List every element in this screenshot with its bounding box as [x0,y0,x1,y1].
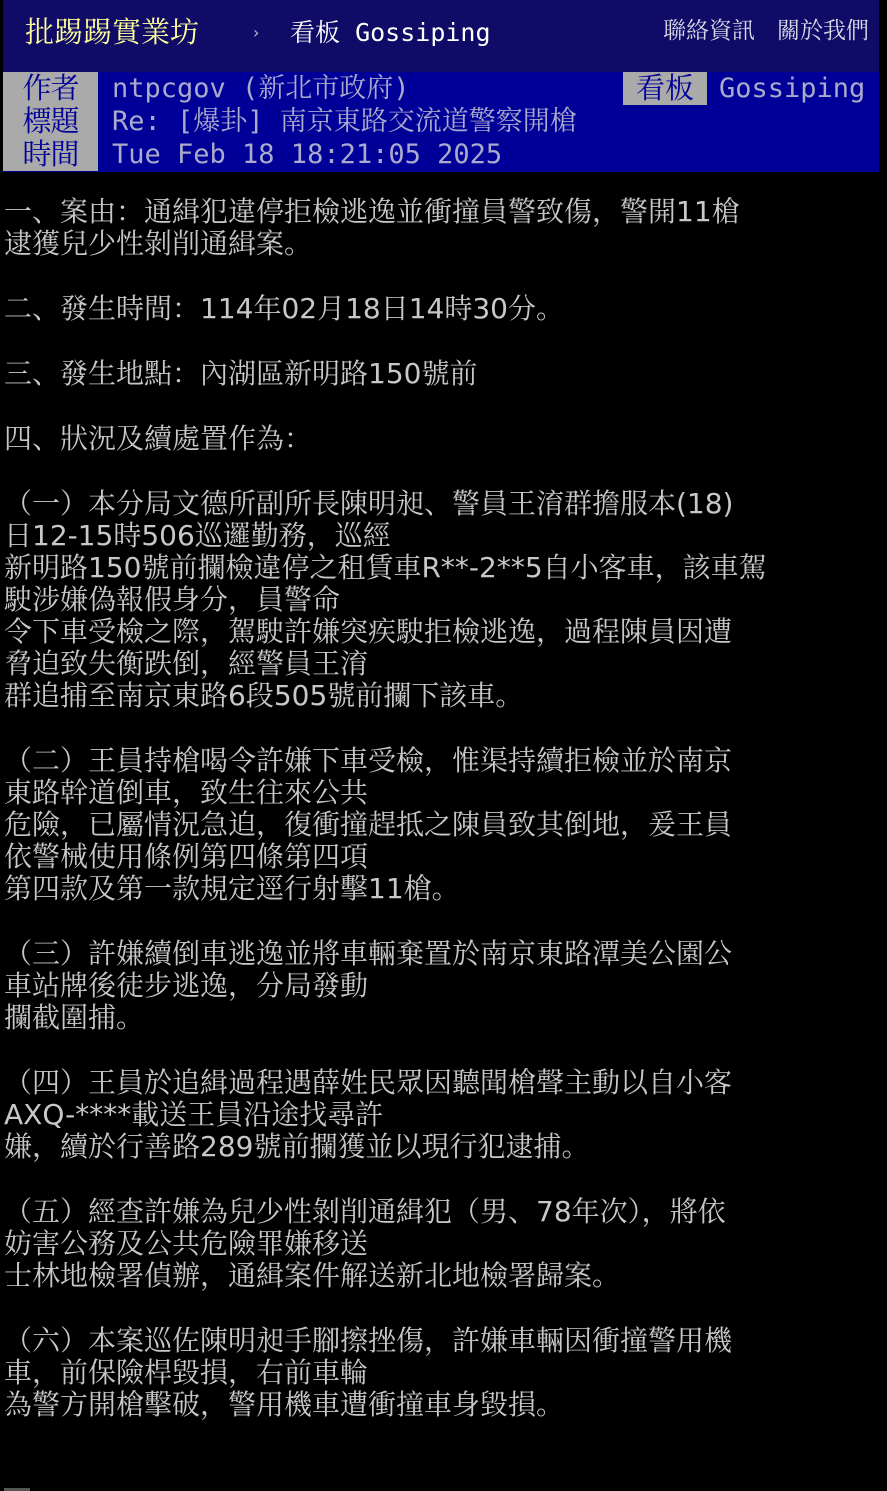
contact-info-link[interactable]: 聯絡資訊 [663,15,755,47]
breadcrumb-board-label: 看板 [290,18,340,47]
text-line: （二）王員持槍喝令許嫌下車受檢，惟渠持續拒檢並於南京 [4,745,884,777]
paragraph-item-2: （二）王員持槍喝令許嫌下車受檢，惟渠持續拒檢並於南京 東路幹道倒車，致生往來公共… [4,745,884,905]
text-line: 群追捕至南京東路6段505號前攔下該車。 [4,680,884,712]
paragraph-case-summary: 一、案由：通緝犯違停拒檢逃逸並衝撞員警致傷，警開11槍 逮獲兒少性剝削通緝案。 [4,196,884,260]
text-line: 日12-15時506巡邏勤務，巡經 [4,520,884,552]
paragraph-item-3: （三）許嫌續倒車逃逸並將車輛棄置於南京東路潭美公園公 車站牌後徒步逃逸，分局發動… [4,938,884,1034]
top-nav-links: 聯絡資訊 關於我們 [663,15,869,47]
author-label: 作者 [3,72,98,105]
text-line: 妨害公務及公共危險罪嫌移送 [4,1228,884,1260]
time-value: Tue Feb 18 18:21:05 2025 [98,138,502,171]
author-row: 作者 ntpcgov (新北市政府) [3,72,410,105]
paragraph-item-4: （四）王員於追緝過程遇薛姓民眾因聽聞槍聲主動以自小客 AXQ-****載送王員沿… [4,1067,884,1163]
text-line: 攔截圍捕。 [4,1002,884,1034]
title-row: 標題 Re: [爆卦] 南京東路交流道警察開槍 [3,105,577,138]
author-value: ntpcgov (新北市政府) [98,72,410,105]
text-line: 四、狀況及續處置作為： [4,423,884,455]
paragraph-item-1: （一）本分局文德所副所長陳明昶、警員王淯群擔服本(18) 日12-15時506巡… [4,488,884,712]
board-label: 看板 [623,72,707,105]
time-label: 時間 [3,138,98,171]
text-line: （一）本分局文德所副所長陳明昶、警員王淯群擔服本(18) [4,488,884,520]
text-line: 危險，已屬情況急迫，復衝撞趕抵之陳員致其倒地，爰王員 [4,809,884,841]
text-line: 為警方開槍擊破，警用機車遭衝撞車身毀損。 [4,1389,884,1421]
article-meta-header: 作者 ntpcgov (新北市政府) 看板 Gossiping 標題 Re: [… [3,72,879,172]
top-navigation-bar: 批踢踢實業坊 › 看板 Gossiping 聯絡資訊 關於我們 [3,0,879,72]
text-line: 第四款及第一款規定逕行射擊11槍。 [4,873,884,905]
text-line: （六）本案巡佐陳明昶手腳擦挫傷，許嫌車輛因衝撞警用機 [4,1325,884,1357]
time-row: 時間 Tue Feb 18 18:21:05 2025 [3,138,502,171]
clipped-text-fragment [4,1484,34,1491]
paragraph-time: 二、發生時間：114年02月18日14時30分。 [4,293,884,325]
text-line: 車，前保險桿毀損，右前車輪 [4,1357,884,1389]
title-value: Re: [爆卦] 南京東路交流道警察開槍 [98,105,577,138]
text-line: AXQ-****載送王員沿途找尋許 [4,1099,884,1131]
site-logo-link[interactable]: 批踢踢實業坊 [25,13,199,51]
text-line: 新明路150號前攔檢違停之租賃車R**-2**5自小客車，該車駕 [4,552,884,584]
text-line: 東路幹道倒車，致生往來公共 [4,777,884,809]
text-line: 駛涉嫌偽報假身分，員警命 [4,584,884,616]
paragraph-item-6: （六）本案巡佐陳明昶手腳擦挫傷，許嫌車輛因衝撞警用機 車，前保險桿毀損，右前車輪… [4,1325,884,1421]
paragraph-actions-heading: 四、狀況及續處置作為： [4,423,884,455]
text-line: 三、發生地點：內湖區新明路150號前 [4,358,884,390]
breadcrumb-chevron-icon: › [253,21,259,45]
text-line: 士林地檢署偵辦，通緝案件解送新北地檢署歸案。 [4,1260,884,1292]
text-line: （三）許嫌續倒車逃逸並將車輛棄置於南京東路潭美公園公 [4,938,884,970]
text-line: 依警械使用條例第四條第四項 [4,841,884,873]
text-line: 脅迫致失衡跌倒，經警員王淯 [4,648,884,680]
paragraph-location: 三、發生地點：內湖區新明路150號前 [4,358,884,390]
about-us-link[interactable]: 關於我們 [777,15,869,47]
text-line: （五）經查許嫌為兒少性剝削通緝犯（男、78年次），將依 [4,1196,884,1228]
board-value: Gossiping [719,72,865,105]
text-line: （四）王員於追緝過程遇薛姓民眾因聽聞槍聲主動以自小客 [4,1067,884,1099]
paragraph-item-5: （五）經查許嫌為兒少性剝削通緝犯（男、78年次），將依 妨害公務及公共危險罪嫌移… [4,1196,884,1292]
text-line: 一、案由：通緝犯違停拒檢逃逸並衝撞員警致傷，警開11槍 [4,196,884,228]
text-line: 嫌，續於行善路289號前攔獲並以現行犯逮捕。 [4,1131,884,1163]
breadcrumb-board-name: Gossiping [355,18,490,47]
text-line: 令下車受檢之際，駕駛許嫌突疾駛拒檢逃逸，過程陳員因遭 [4,616,884,648]
text-line: 車站牌後徒步逃逸，分局發動 [4,970,884,1002]
title-label: 標題 [3,105,98,138]
article-body: 一、案由：通緝犯違停拒檢逃逸並衝撞員警致傷，警開11槍 逮獲兒少性剝削通緝案。 … [4,196,884,1421]
breadcrumb-board-link[interactable]: 看板 Gossiping [290,16,491,50]
text-line: 二、發生時間：114年02月18日14時30分。 [4,293,884,325]
text-line: 逮獲兒少性剝削通緝案。 [4,228,884,260]
